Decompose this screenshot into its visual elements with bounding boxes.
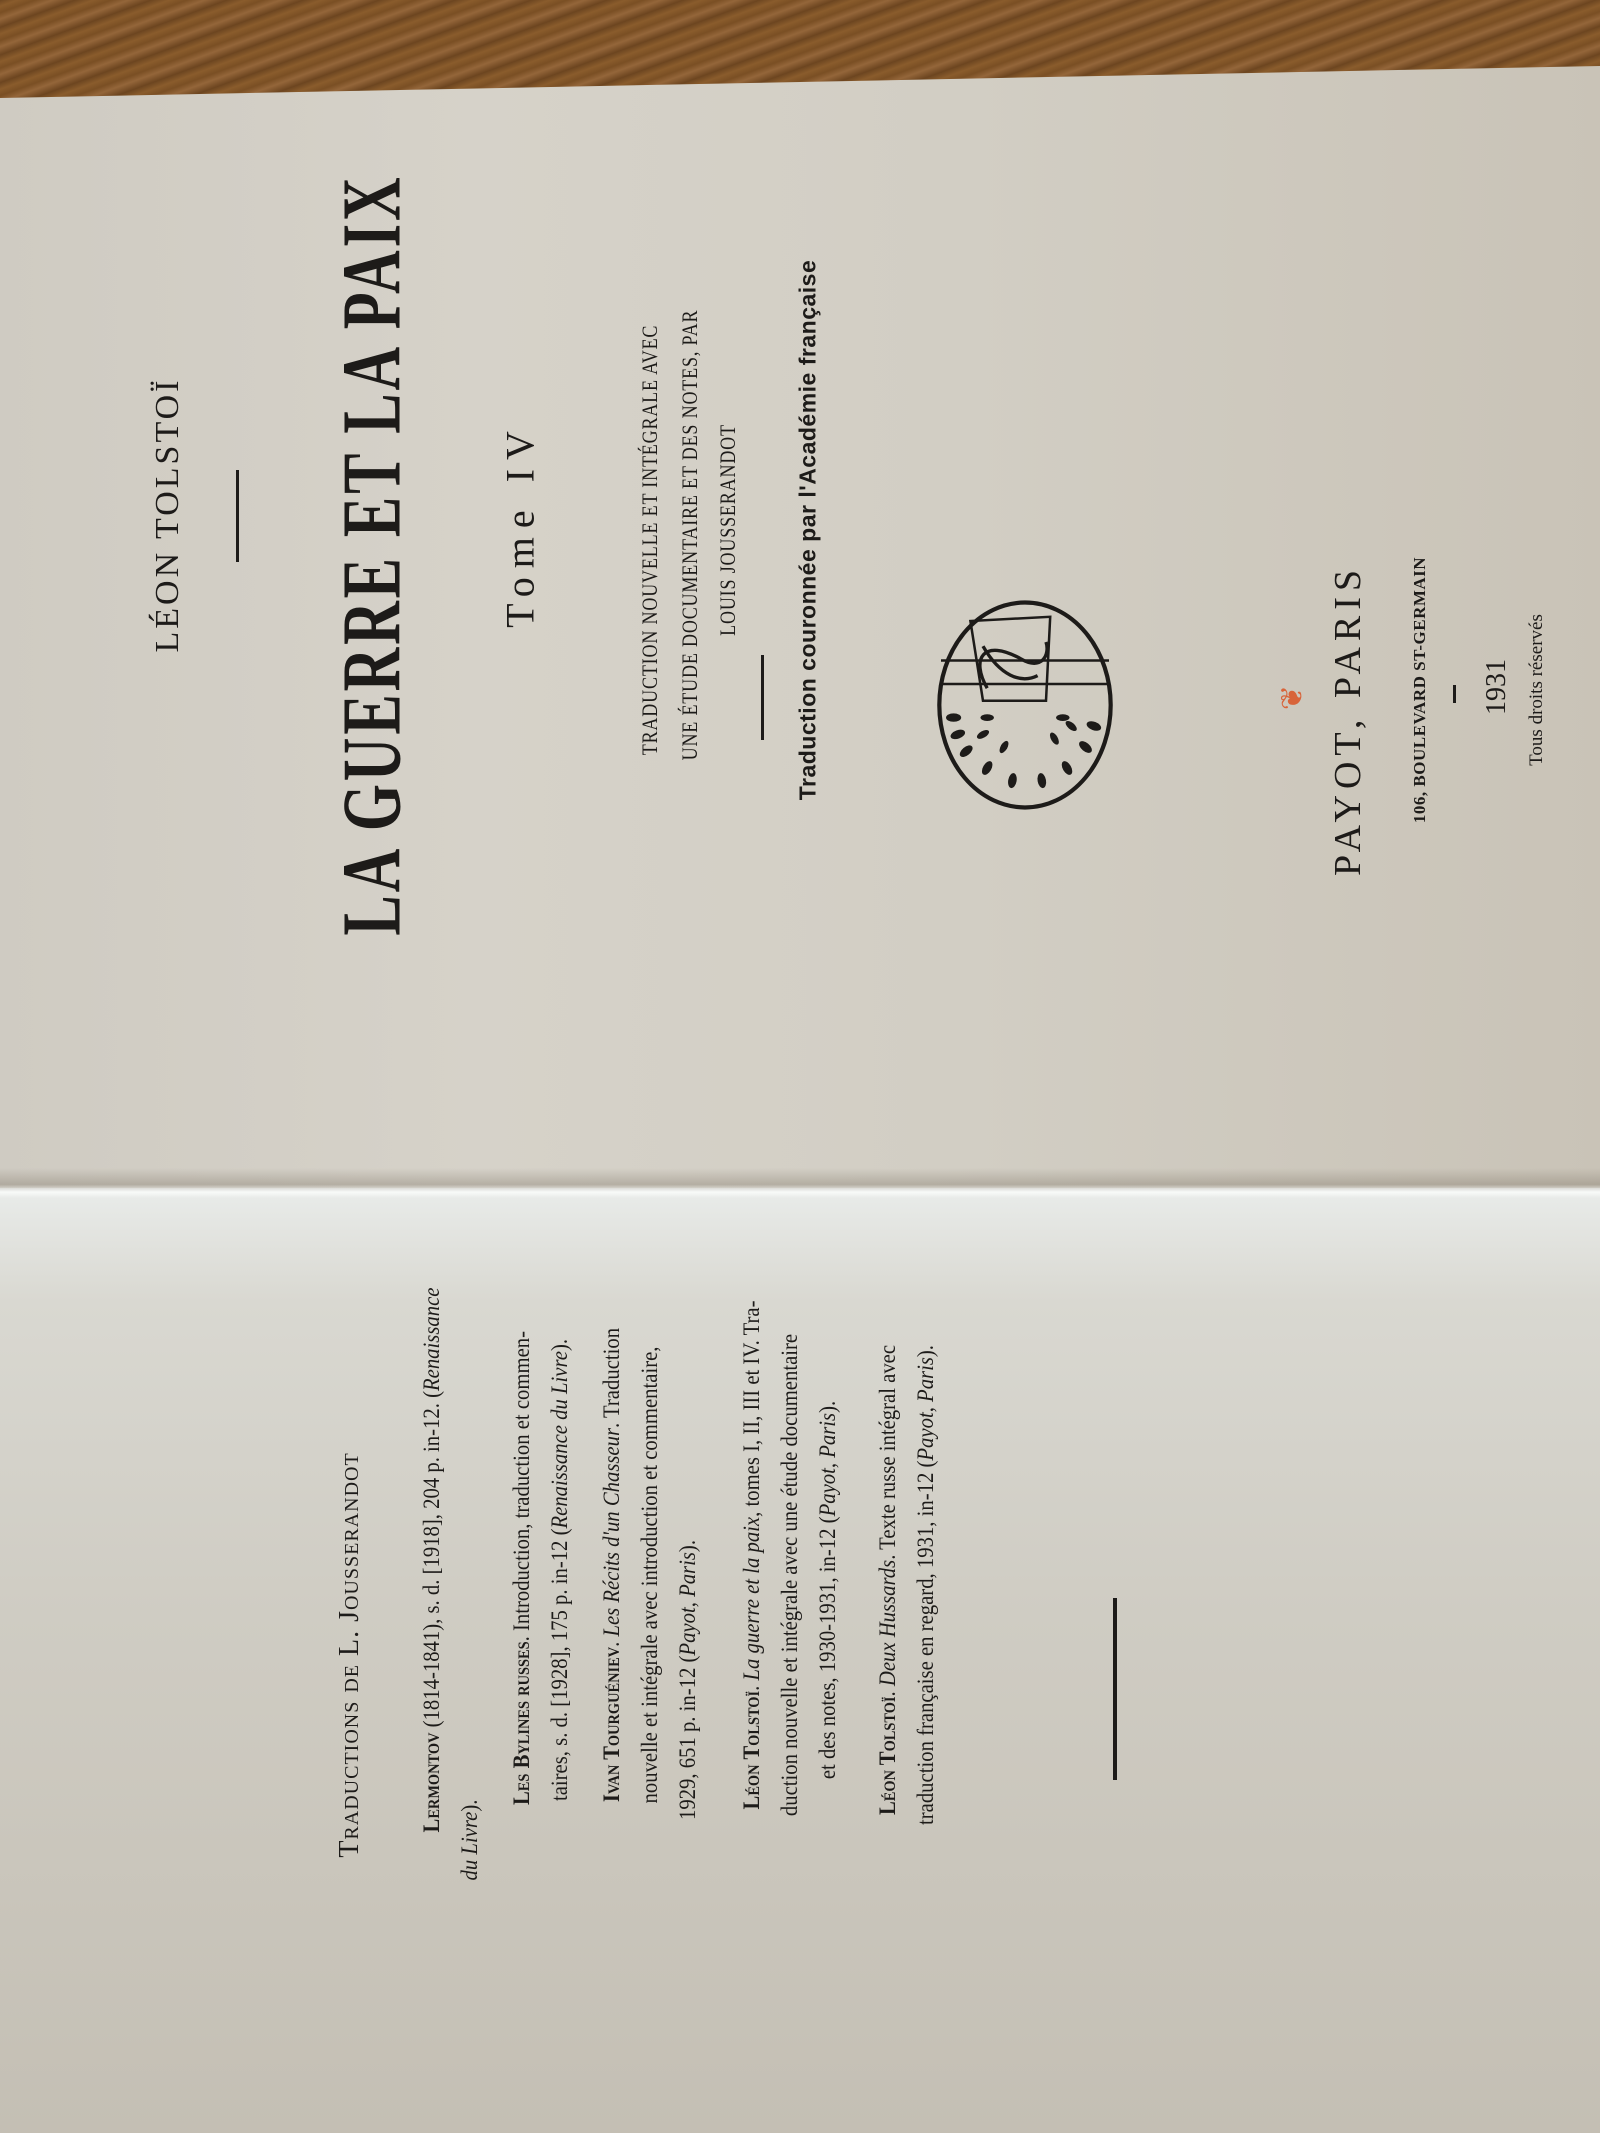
entry-text: et des notes, 1930-1931, in-12 ( (815, 1516, 840, 1779)
entry-text: ). (547, 1339, 572, 1351)
author-separator-rule (236, 470, 239, 562)
entry-title: Payot, Paris (913, 1357, 938, 1461)
entry-text: duction nouvelle et intégrale avec une é… (777, 1334, 802, 1816)
bibliography-entry-line: Lermontov (1814-1841), s. d. [1918], 204… (419, 1288, 445, 1833)
page-end-rule (1113, 1598, 1117, 1780)
entry-text: . (599, 1637, 624, 1647)
entry-text: nouvelle et intégrale avec introduction … (637, 1347, 662, 1804)
publisher-name: PAYOT, PARIS (1326, 564, 1370, 876)
entry-title: Les Récits d'un Chasseur (599, 1428, 624, 1637)
bibliography-entry-line: 1929, 651 p. in-12 (Payot, Paris). (675, 1540, 701, 1820)
entry-author: Lermontov (419, 1733, 444, 1833)
entry-title: du Livre (457, 1812, 482, 1881)
volume-label: Tome IV (497, 422, 544, 628)
bibliography-entry-line: Léon Tolstoï. La guerre et la paix, tome… (739, 1301, 765, 1810)
translation-separator-rule (761, 655, 764, 740)
bibliography-entry-line: traduction française en regard, 1931, in… (913, 1345, 939, 1825)
entry-author: Léon Tolstoï (739, 1691, 764, 1810)
entry-text: . Introduction, traduction et commen- (509, 1331, 534, 1641)
entry-text: ). (913, 1345, 938, 1357)
bibliography-entry-line: et des notes, 1930-1931, in-12 (Payot, P… (815, 1401, 841, 1779)
entry-title: Renaissance du Livre (547, 1351, 572, 1528)
publisher-address: 106, BOULEVARD ST-GERMAIN (1410, 557, 1430, 823)
author-name: LÉON TOLSTOÏ (149, 378, 187, 653)
entry-title: Deux Hussards (875, 1560, 900, 1686)
entry-text: ). (815, 1401, 840, 1413)
entry-author: Léon Tolstoï (875, 1696, 900, 1815)
book-title: LA GUERRE ET LA PAIX (324, 174, 421, 935)
entry-text: ). (675, 1540, 700, 1552)
entry-text: . Traduction (599, 1328, 624, 1428)
publication-year: 1931 (1481, 659, 1513, 715)
rights-notice: Tous droits réservés (1526, 614, 1548, 766)
translation-line-1: TRADUCTION NOUVELLE ET INTÉGRALE AVEC (637, 325, 663, 756)
award-note: Traduction couronnée par l'Académie fran… (795, 260, 822, 801)
entry-text: , tomes I, II, III et IV. Tra- (739, 1301, 764, 1517)
red-ornament-icon: ❦ (1275, 685, 1310, 710)
year-separator-rule (1453, 685, 1456, 703)
bibliography-entry-line: duction nouvelle et intégrale avec une é… (777, 1334, 803, 1816)
entry-text: ). (457, 1800, 482, 1812)
entry-text: . (875, 1686, 900, 1696)
entry-text: . (739, 1681, 764, 1691)
book-spine-gutter (0, 1168, 1600, 1198)
bibliography-entry-line: nouvelle et intégrale avec introduction … (637, 1347, 663, 1804)
entry-text: 1929, 651 p. in-12 ( (675, 1656, 700, 1820)
entry-author: Les Bylines russes (509, 1641, 534, 1805)
entry-text: . Texte russe intégral avec (875, 1345, 900, 1560)
entry-text: (1814-1841), s. d. [1918], 204 p. in-12.… (419, 1391, 444, 1733)
entry-text: taires, s. d. [1928], 175 p. in-12 ( (547, 1529, 572, 1802)
entry-title: Payot, Paris (815, 1413, 840, 1517)
translation-line-2: UNE ÉTUDE DOCUMENTAIRE ET DES NOTES, PAR (677, 310, 703, 761)
entry-author: Ivan Tourguéniev (599, 1647, 624, 1802)
entry-title: Payot, Paris (675, 1552, 700, 1656)
translator-name: LOUIS JOUSSERANDOT (715, 424, 741, 636)
bibliography-entry-line: du Livre). (457, 1800, 483, 1881)
bibliography-entry-line: Les Bylines russes. Introduction, traduc… (509, 1331, 535, 1805)
entry-text: traduction française en regard, 1931, in… (913, 1461, 938, 1825)
bibliography-entry-line: Léon Tolstoï. Deux Hussards. Texte russe… (875, 1345, 901, 1815)
bibliography-entry-line: taires, s. d. [1928], 175 p. in-12 (Rena… (547, 1339, 573, 1801)
entry-title: Renaissance (419, 1288, 444, 1391)
entry-title: La guerre et la paix (739, 1517, 764, 1681)
translations-heading: Traductions de L. Jousserandot (334, 1452, 366, 1857)
bibliography-entry-line: Ivan Tourguéniev. Les Récits d'un Chasse… (599, 1328, 625, 1802)
publisher-emblem-icon (920, 580, 1130, 830)
